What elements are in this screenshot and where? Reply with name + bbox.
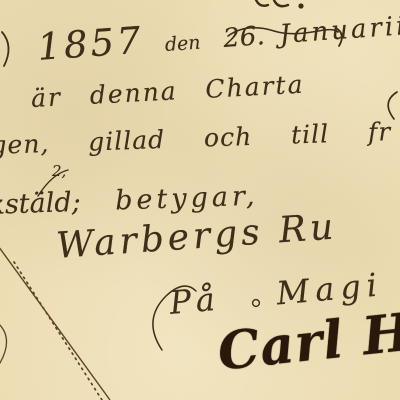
cut-top-text-stroke [256, 0, 268, 6]
cut-left-curve [0, 323, 7, 363]
insertion-mark: 2, [52, 162, 66, 180]
boundary-solid-line [0, 243, 110, 400]
cut-right-letter [388, 92, 397, 119]
word-den: den [164, 32, 201, 56]
year-text: 1857 [36, 19, 145, 69]
betygar-left-fragment: kstäld; [0, 187, 81, 221]
betygar-word: betygar, [115, 181, 259, 217]
charta-line: ; är denna Charta [0, 70, 305, 115]
manuscript-page: { "palette": { "paper": "#ecdcb2", "ink"… [0, 0, 400, 400]
boundary-dotted-line [14, 262, 102, 400]
day-text: 26. [222, 21, 265, 54]
month-text: Januarii [279, 11, 400, 50]
date-line: 1857 den 26. Januarii [36, 0, 400, 69]
cut-top-text-stroke [274, 0, 288, 6]
cut-left-letter [2, 32, 9, 66]
gillad-line: gen, gillad och till fr [0, 117, 392, 160]
